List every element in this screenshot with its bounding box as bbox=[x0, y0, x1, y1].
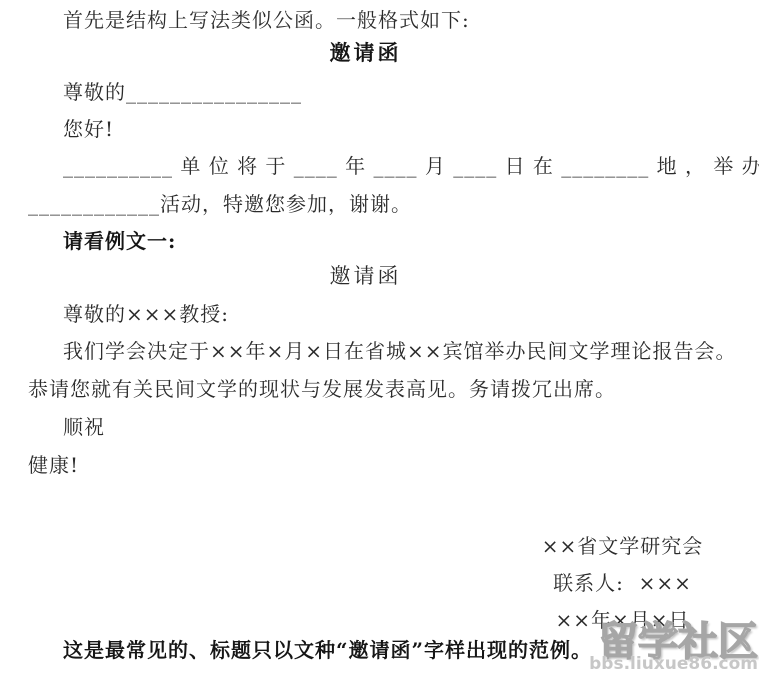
template-letter-title: 邀请函 bbox=[28, 41, 703, 65]
signature-org: ××省文学研究会 bbox=[535, 528, 710, 565]
example-salutation: 尊敬的×××教授: bbox=[28, 302, 703, 326]
conclusion-text: 这是最常见的、标题只以文种“邀请函”字样出现的范例。 bbox=[28, 638, 703, 662]
example-heading: 请看例文一: bbox=[28, 229, 703, 253]
example-body-line-1: 我们学会决定于××年×月×日在省城××宾馆举办民间文学理论报告会。 bbox=[28, 339, 703, 363]
template-body-line-2: ____________活动，特邀您参加，谢谢。 bbox=[28, 192, 703, 216]
example-closing-wish: 顺祝 bbox=[28, 415, 703, 439]
example-body-line-2: 恭请您就有关民间文学的现状与发展发表高见。务请拨冗出席。 bbox=[28, 377, 703, 401]
signature-date: ××年×月×日 bbox=[535, 602, 710, 639]
intro-text: 首先是结构上写法类似公函。一般格式如下: bbox=[28, 8, 703, 32]
template-greeting: 您好! bbox=[28, 117, 703, 141]
signature-block: ××省文学研究会 联系人: ××× ××年×月×日 bbox=[535, 528, 710, 639]
document-page: 首先是结构上写法类似公函。一般格式如下: 邀请函 尊敬的____________… bbox=[0, 0, 759, 675]
example-letter-title: 邀请函 bbox=[28, 264, 703, 288]
template-body-line-1: __________ 单 位 将 于 ____ 年 ____ 月 ____ 日 … bbox=[28, 154, 703, 178]
signature-contact: 联系人: ××× bbox=[535, 565, 710, 602]
template-salutation: 尊敬的________________ bbox=[28, 80, 703, 104]
example-closing-health: 健康! bbox=[28, 453, 703, 477]
